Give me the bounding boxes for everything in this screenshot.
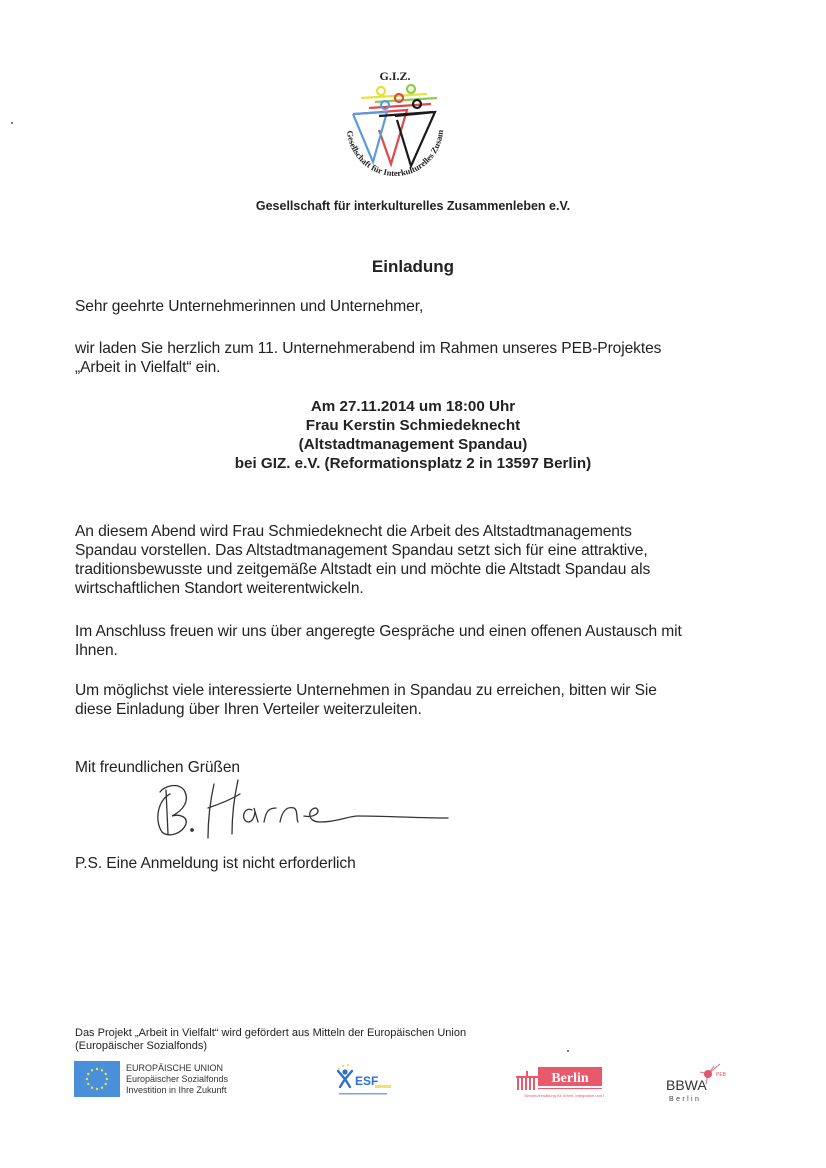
paragraph-line: Spandau vorstellen. Das Altstadtmanageme…	[75, 541, 775, 560]
svg-text:Berlin: Berlin	[669, 1096, 701, 1103]
svg-text:G.I.Z.: G.I.Z.	[379, 69, 410, 83]
scan-speck	[11, 122, 13, 124]
paragraph-description: An diesem Abend wird Frau Schmiedeknecht…	[75, 522, 775, 598]
paragraph-forward: Um möglichst viele interessierte Unterne…	[75, 681, 775, 719]
svg-text:ESF: ESF	[355, 1074, 378, 1088]
eu-flag-icon	[74, 1061, 120, 1097]
svg-text:Senatsverwaltung für Arbeit, I: Senatsverwaltung für Arbeit, Integration…	[524, 1093, 604, 1098]
signature	[148, 772, 458, 842]
postscript: P.S. Eine Anmeldung ist nicht erforderli…	[75, 854, 775, 873]
paragraph-line: Ihnen.	[75, 641, 775, 660]
paragraph-exchange: Im Anschluss freuen wir uns über angereg…	[75, 622, 775, 660]
esf-logo: ESF	[335, 1063, 395, 1099]
eu-logo: EUROPÄISCHE UNION Europäischer Sozialfon…	[74, 1061, 228, 1097]
eu-logo-text: EUROPÄISCHE UNION Europäischer Sozialfon…	[126, 1063, 228, 1096]
svg-text:Berlin: Berlin	[551, 1071, 589, 1086]
scan-speck	[567, 1050, 569, 1052]
paragraph-line: Um möglichst viele interessierte Unterne…	[75, 681, 775, 700]
intro-line: „Arbeit in Vielfalt“ ein.	[75, 358, 775, 377]
event-details: Am 27.11.2014 um 18:00 Uhr Frau Kerstin …	[0, 397, 826, 473]
svg-text:BBWA: BBWA	[666, 1077, 707, 1093]
svg-text:PEB: PEB	[716, 1072, 727, 1078]
funding-note-line: (Europäischer Sozialfonds)	[75, 1040, 555, 1053]
event-date-time: Am 27.11.2014 um 18:00 Uhr	[0, 397, 826, 416]
intro-paragraph: wir laden Sie herzlich zum 11. Unternehm…	[75, 339, 775, 377]
paragraph-line: diese Einladung über Ihren Verteiler wei…	[75, 700, 775, 719]
eu-logo-line: EUROPÄISCHE UNION	[126, 1063, 228, 1074]
organization-name: Gesellschaft für interkulturelles Zusamm…	[0, 199, 826, 213]
event-speaker: Frau Kerstin Schmiedeknecht	[0, 416, 826, 435]
eu-logo-line: Europäischer Sozialfonds	[126, 1074, 228, 1085]
paragraph-line: wirtschaftlichen Standort weiterentwicke…	[75, 579, 775, 598]
event-speaker-org: (Altstadtmanagement Spandau)	[0, 435, 826, 454]
paragraph-line: traditionsbewusste und zeitgemäße Altsta…	[75, 560, 775, 579]
intro-line: wir laden Sie herzlich zum 11. Unternehm…	[75, 339, 775, 358]
eu-logo-line: Investition in Ihre Zukunft	[126, 1085, 228, 1096]
funding-note: Das Projekt „Arbeit in Vielfalt“ wird ge…	[75, 1027, 555, 1053]
event-venue: bei GIZ. e.V. (Reformationsplatz 2 in 13…	[0, 454, 826, 473]
salutation: Sehr geehrte Unternehmerinnen und Untern…	[75, 297, 775, 316]
paragraph-line: An diesem Abend wird Frau Schmiedeknecht…	[75, 522, 775, 541]
funding-note-line: Das Projekt „Arbeit in Vielfalt“ wird ge…	[75, 1027, 555, 1040]
paragraph-line: Im Anschluss freuen wir uns über angereg…	[75, 622, 775, 641]
giz-logo: G.I.Z. Gesellschaft für Interkulturelles…	[325, 58, 465, 190]
bbwa-logo: PEB BBWA Berlin	[664, 1060, 739, 1104]
berlin-senate-logo: Berlin Senatsverwaltung für Arbeit, Inte…	[514, 1066, 604, 1100]
letter-title: Einladung	[0, 257, 826, 277]
